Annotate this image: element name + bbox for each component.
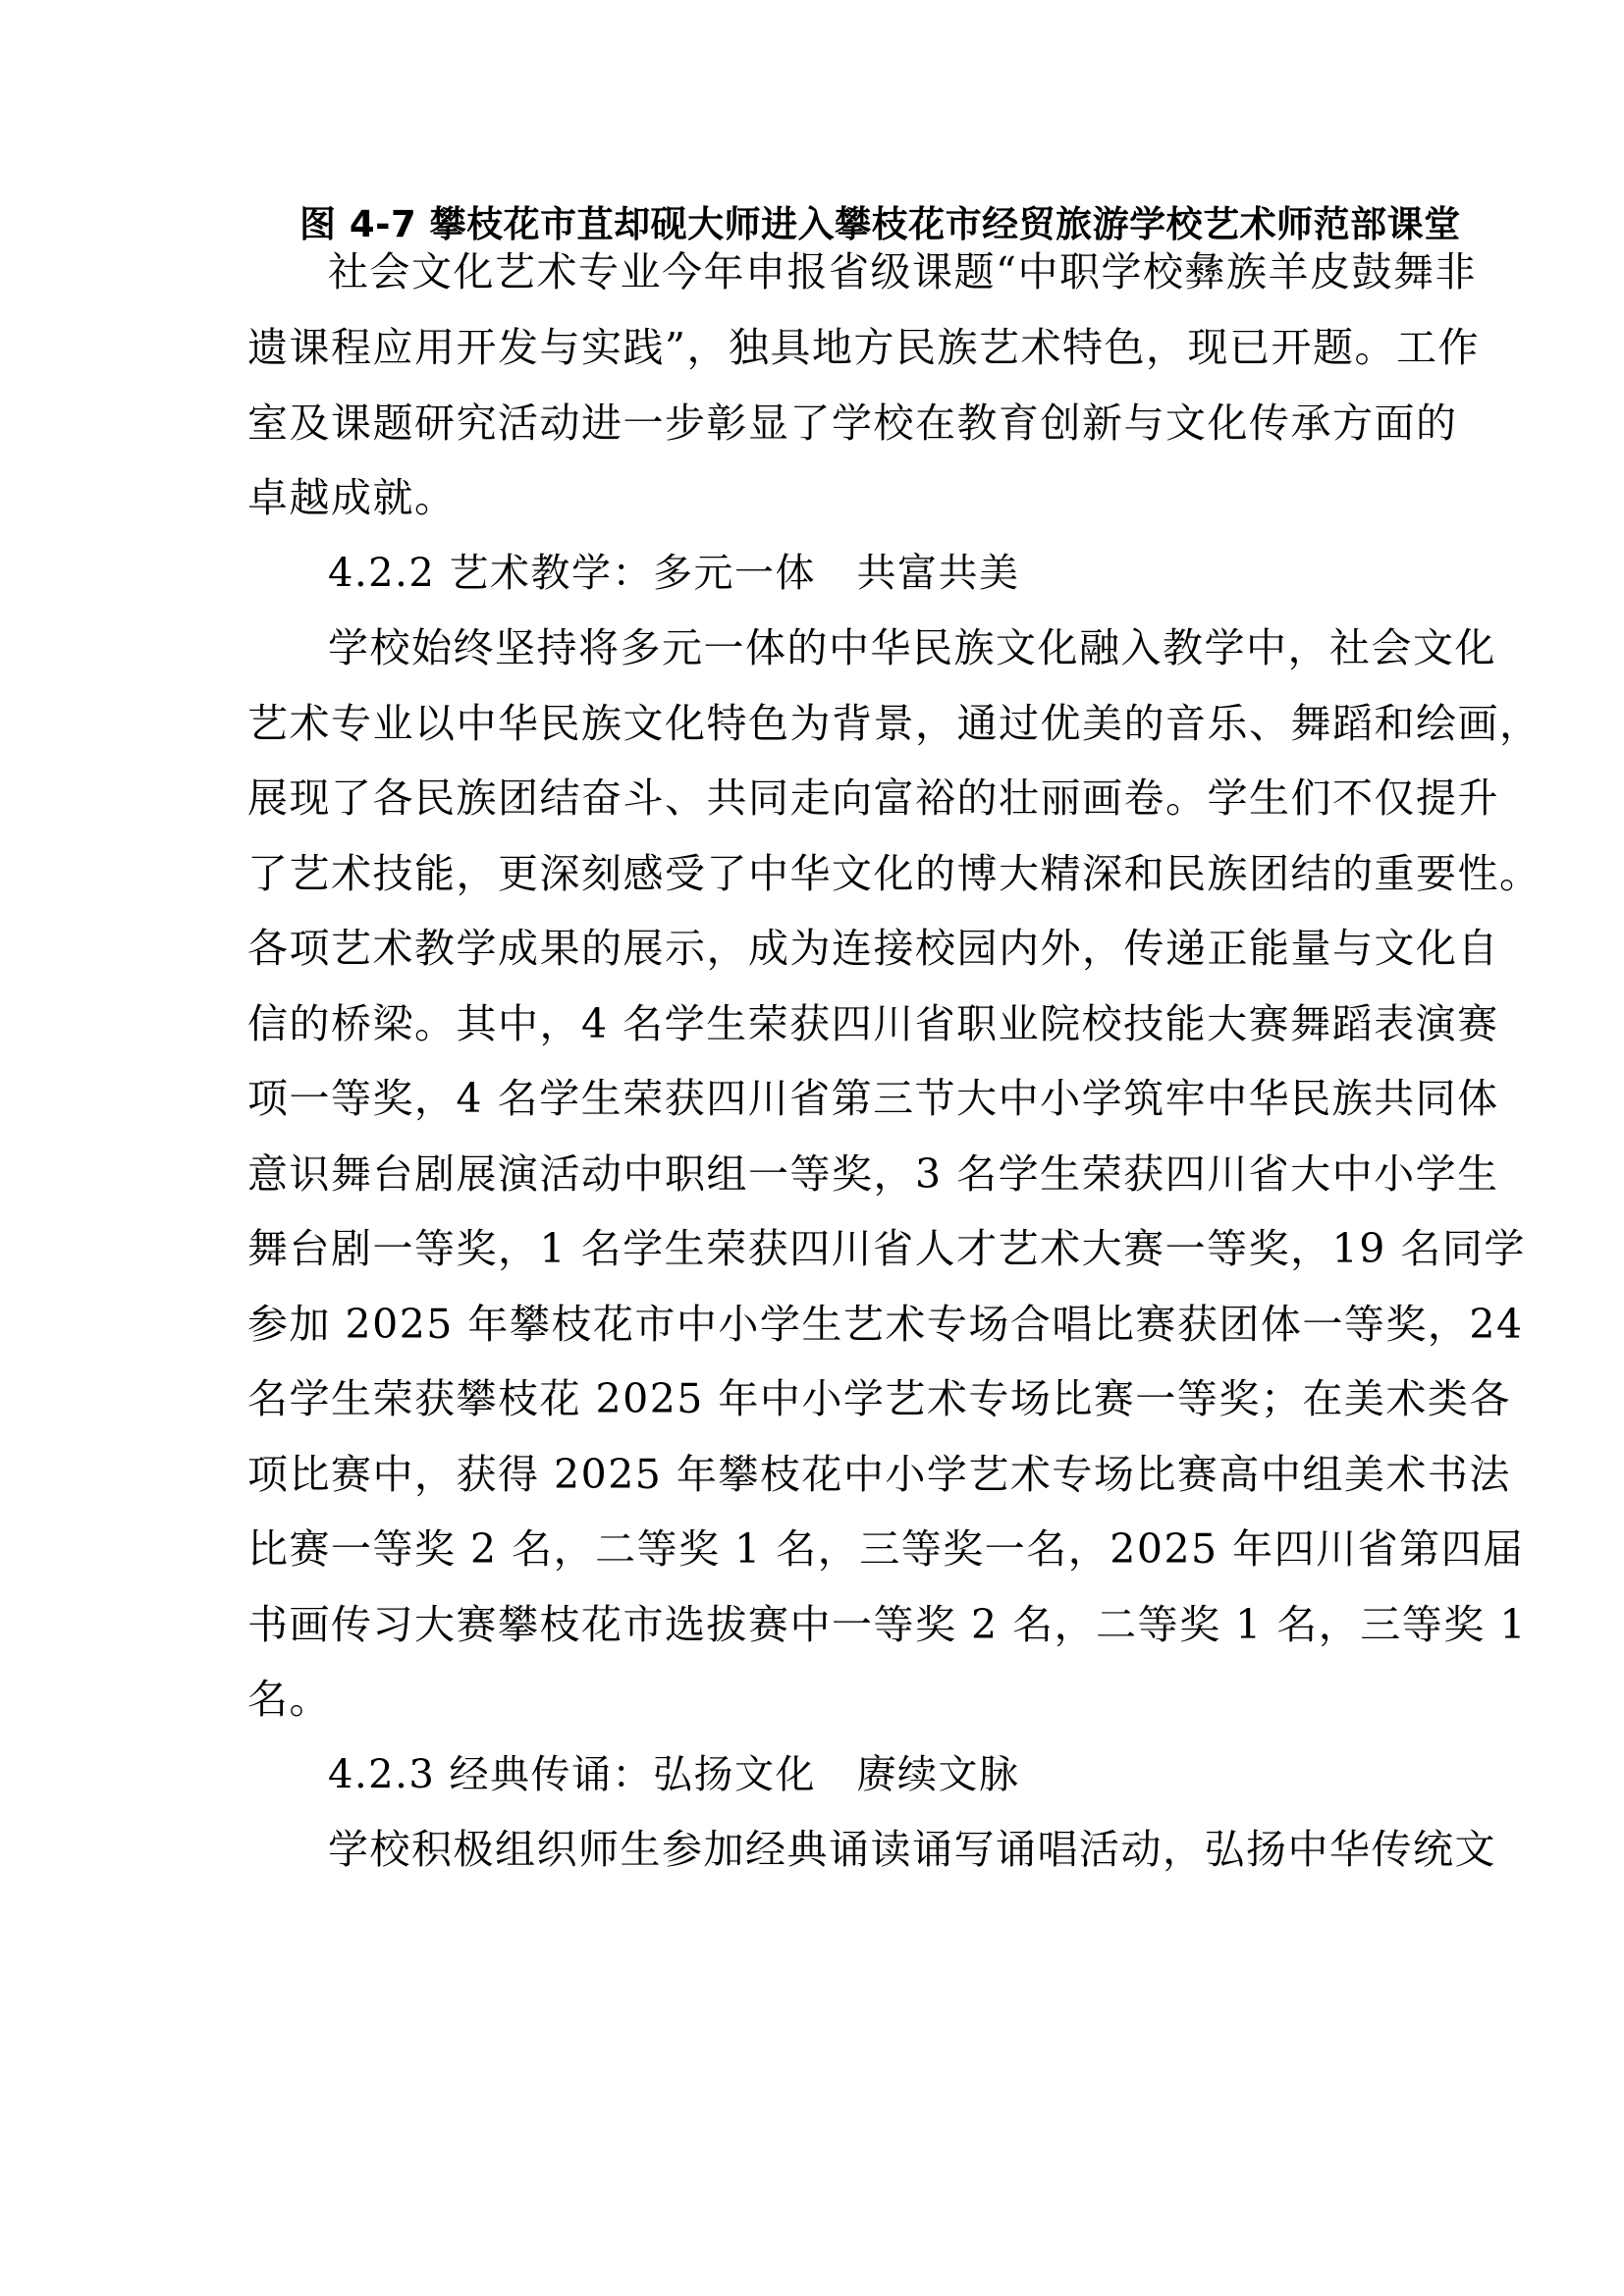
paragraph-2-line: 项一等奖，4 名学生荣获四川省第三节大中小学筑牢中华民族共同体 — [247, 1074, 1386, 1123]
paragraph-2-line: 各项艺术教学成果的展示，成为连接校园内外，传递正能量与文化自 — [247, 924, 1386, 973]
section-heading-4-2-2: 4.2.2 艺术教学：多元一体 共富共美 — [247, 549, 1386, 598]
paragraph-2-line: 信的桥梁。其中，4 名学生荣获四川省职业院校技能大赛舞蹈表演赛 — [247, 999, 1386, 1048]
figure-caption: 图 4-7 攀枝花市苴却砚大师进入攀枝花市经贸旅游学校艺术师范部课堂 — [299, 194, 1461, 247]
paragraph-2-line: 了艺术技能，更深刻感受了中华文化的博大精深和民族团结的重要性。 — [247, 849, 1386, 898]
paragraph-2-line: 项比赛中，获得 2025 年攀枝花中小学艺术专场比赛高中组美术书法 — [247, 1450, 1386, 1499]
paragraph-2-line: 比赛一等奖 2 名，二等奖 1 名，三等奖一名，2025 年四川省第四届 — [247, 1524, 1386, 1574]
paragraph-2-line: 展现了各民族团结奋斗、共同走向富裕的壮丽画卷。学生们不仅提升 — [247, 774, 1386, 823]
paragraph-2-line: 意识舞台剧展演活动中职组一等奖，3 名学生荣获四川省大中小学生 — [247, 1149, 1386, 1199]
section-heading-4-2-3: 4.2.3 经典传诵：弘扬文化 赓续文脉 — [247, 1750, 1386, 1799]
paragraph-2-line: 舞台剧一等奖，1 名学生荣获四川省人才艺术大赛一等奖，19 名同学 — [247, 1224, 1386, 1273]
paragraph-1-line: 社会文化艺术专业今年申报省级课题“中职学校彝族羊皮鼓舞非 — [247, 247, 1386, 296]
paragraph-2-line: 学校始终坚持将多元一体的中华民族文化融入教学中，社会文化 — [247, 623, 1386, 672]
paragraph-1-line: 室及课题研究活动进一步彰显了学校在教育创新与文化传承方面的 — [247, 399, 1386, 448]
paragraph-2-line: 书画传习大赛攀枝花市选拔赛中一等奖 2 名，二等奖 1 名，三等奖 1 — [247, 1600, 1386, 1649]
paragraph-2-line: 参加 2025 年攀枝花市中小学生艺术专场合唱比赛获团体一等奖，24 — [247, 1300, 1386, 1349]
paragraph-1-line: 遗课程应用开发与实践”，独具地方民族艺术特色，现已开题。工作 — [247, 323, 1386, 372]
paragraph-2-line: 名。 — [247, 1675, 1386, 1724]
paragraph-1-line: 卓越成就。 — [247, 473, 1386, 522]
paragraph-3-line: 学校积极组织师生参加经典诵读诵写诵唱活动，弘扬中华传统文 — [247, 1825, 1386, 1874]
paragraph-2-line: 艺术专业以中华民族文化特色为背景，通过优美的音乐、舞蹈和绘画， — [247, 699, 1386, 748]
paragraph-2-line: 名学生荣获攀枝花 2025 年中小学艺术专场比赛一等奖；在美术类各 — [247, 1374, 1386, 1423]
